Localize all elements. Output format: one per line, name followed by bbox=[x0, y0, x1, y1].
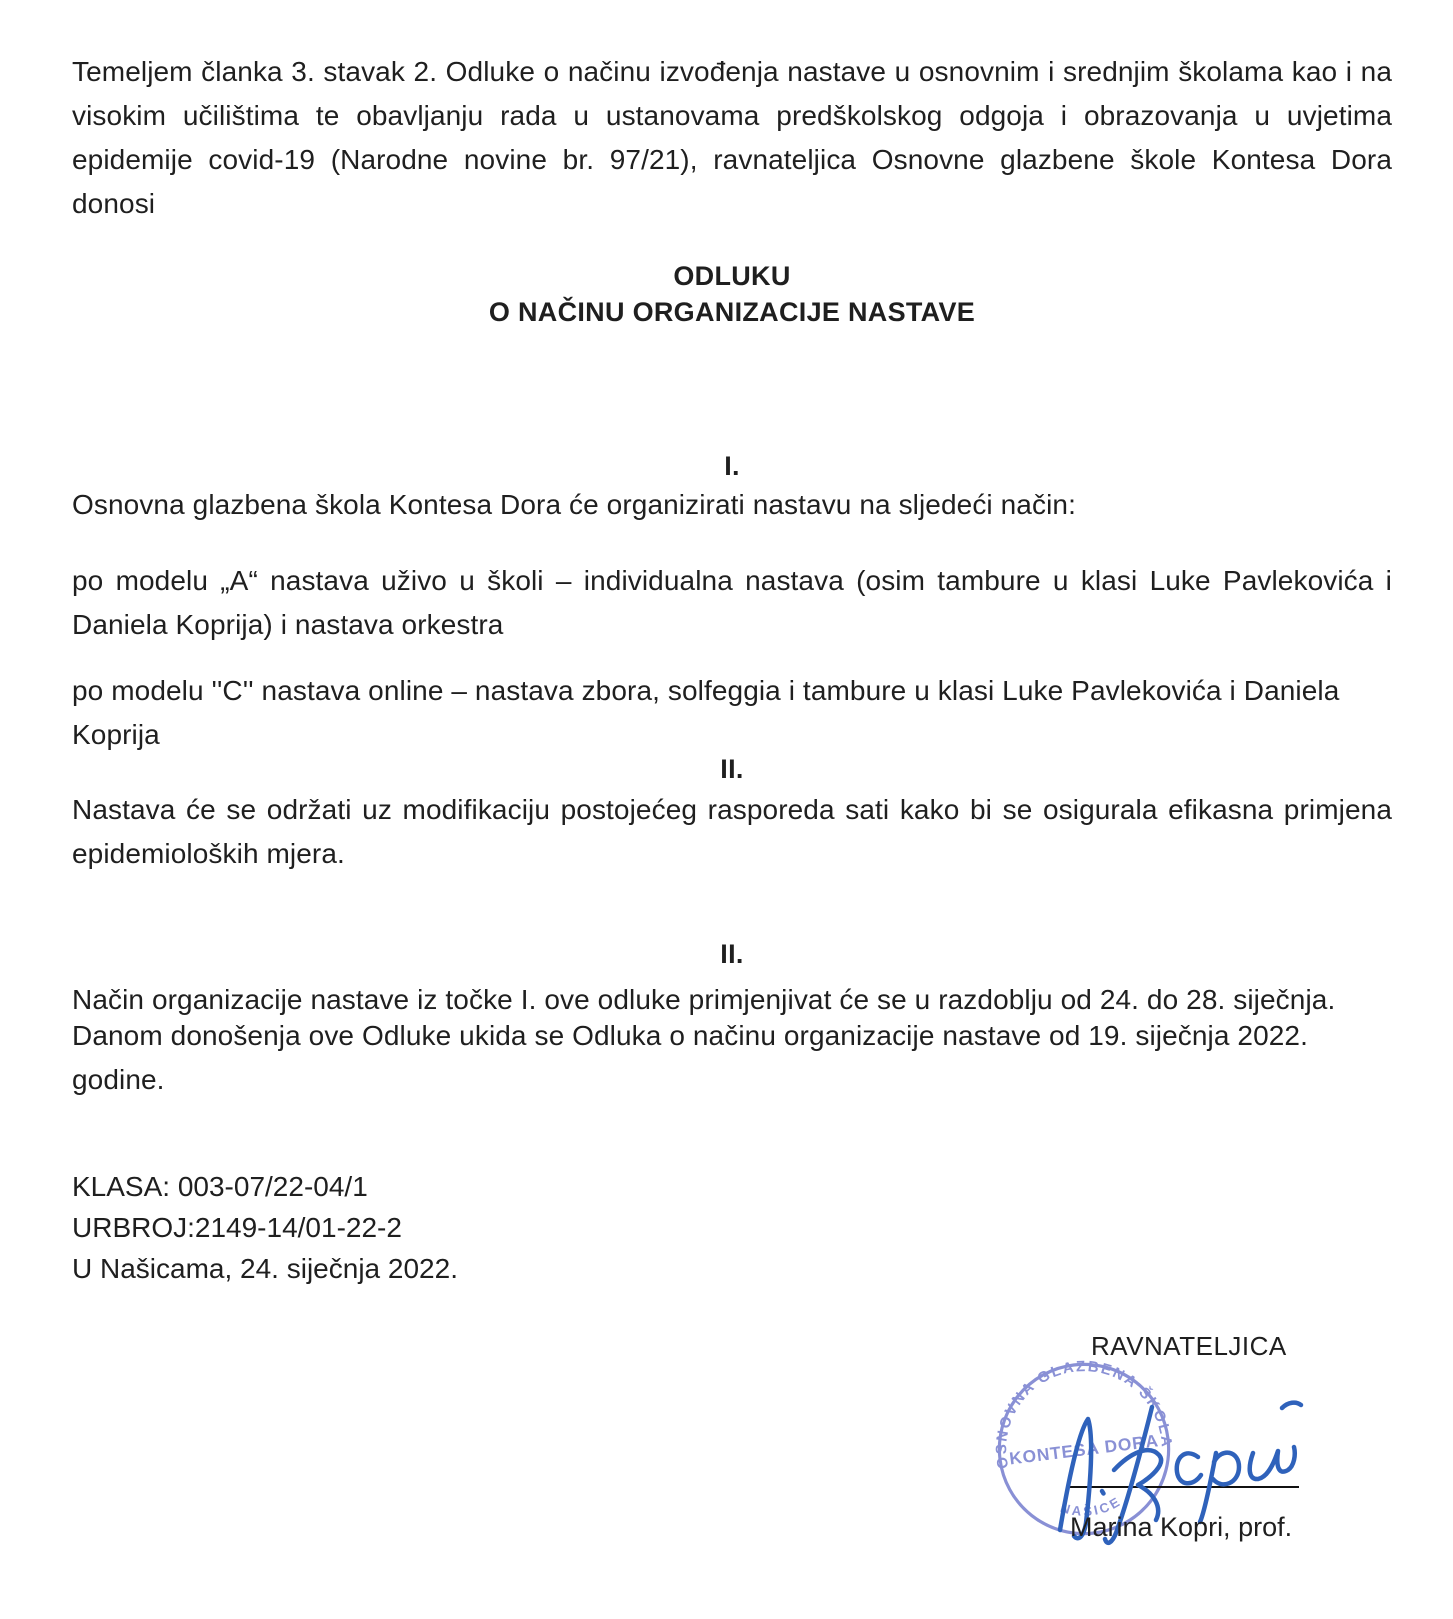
document-page: Temeljem članka 3. stavak 2. Odluke o na… bbox=[0, 0, 1453, 1619]
section-2-numeral: II. bbox=[72, 754, 1392, 785]
intro-paragraph: Temeljem članka 3. stavak 2. Odluke o na… bbox=[72, 50, 1392, 226]
signature-stroke-u bbox=[1250, 1447, 1295, 1479]
signature-stroke-dot bbox=[1102, 1491, 1104, 1494]
signatory-name: Marina Kopri, prof. bbox=[1070, 1512, 1292, 1543]
section-2-body: Nastava će se održati uz modifikaciju po… bbox=[72, 788, 1392, 876]
signature-stroke-accent bbox=[1282, 1403, 1301, 1408]
signature-stroke-c bbox=[1177, 1453, 1201, 1483]
section-1-model-c: po modelu ''C'' nastava online – nastava… bbox=[72, 669, 1392, 757]
signature-stroke-p-bowl bbox=[1213, 1453, 1239, 1485]
section-1-numeral: I. bbox=[72, 451, 1392, 482]
section-1-model-a: po modelu „A“ nastava uživo u školi – in… bbox=[72, 559, 1392, 647]
section-1-lead: Osnovna glazbena škola Kontesa Dora će o… bbox=[72, 483, 1392, 527]
place-date: U Našicama, 24. siječnja 2022. bbox=[72, 1248, 458, 1289]
section-3-numeral: II. bbox=[72, 939, 1392, 970]
klasa-number: KLASA: 003-07/22-04/1 bbox=[72, 1166, 368, 1207]
decision-title: ODLUKU bbox=[72, 261, 1392, 292]
urbroj-number: URBROJ:2149-14/01-22-2 bbox=[72, 1207, 402, 1248]
section-3-line2: Danom donošenja ove Odluke ukida se Odlu… bbox=[72, 1014, 1392, 1102]
decision-subtitle: O NAČINU ORGANIZACIJE NASTAVE bbox=[72, 297, 1392, 328]
